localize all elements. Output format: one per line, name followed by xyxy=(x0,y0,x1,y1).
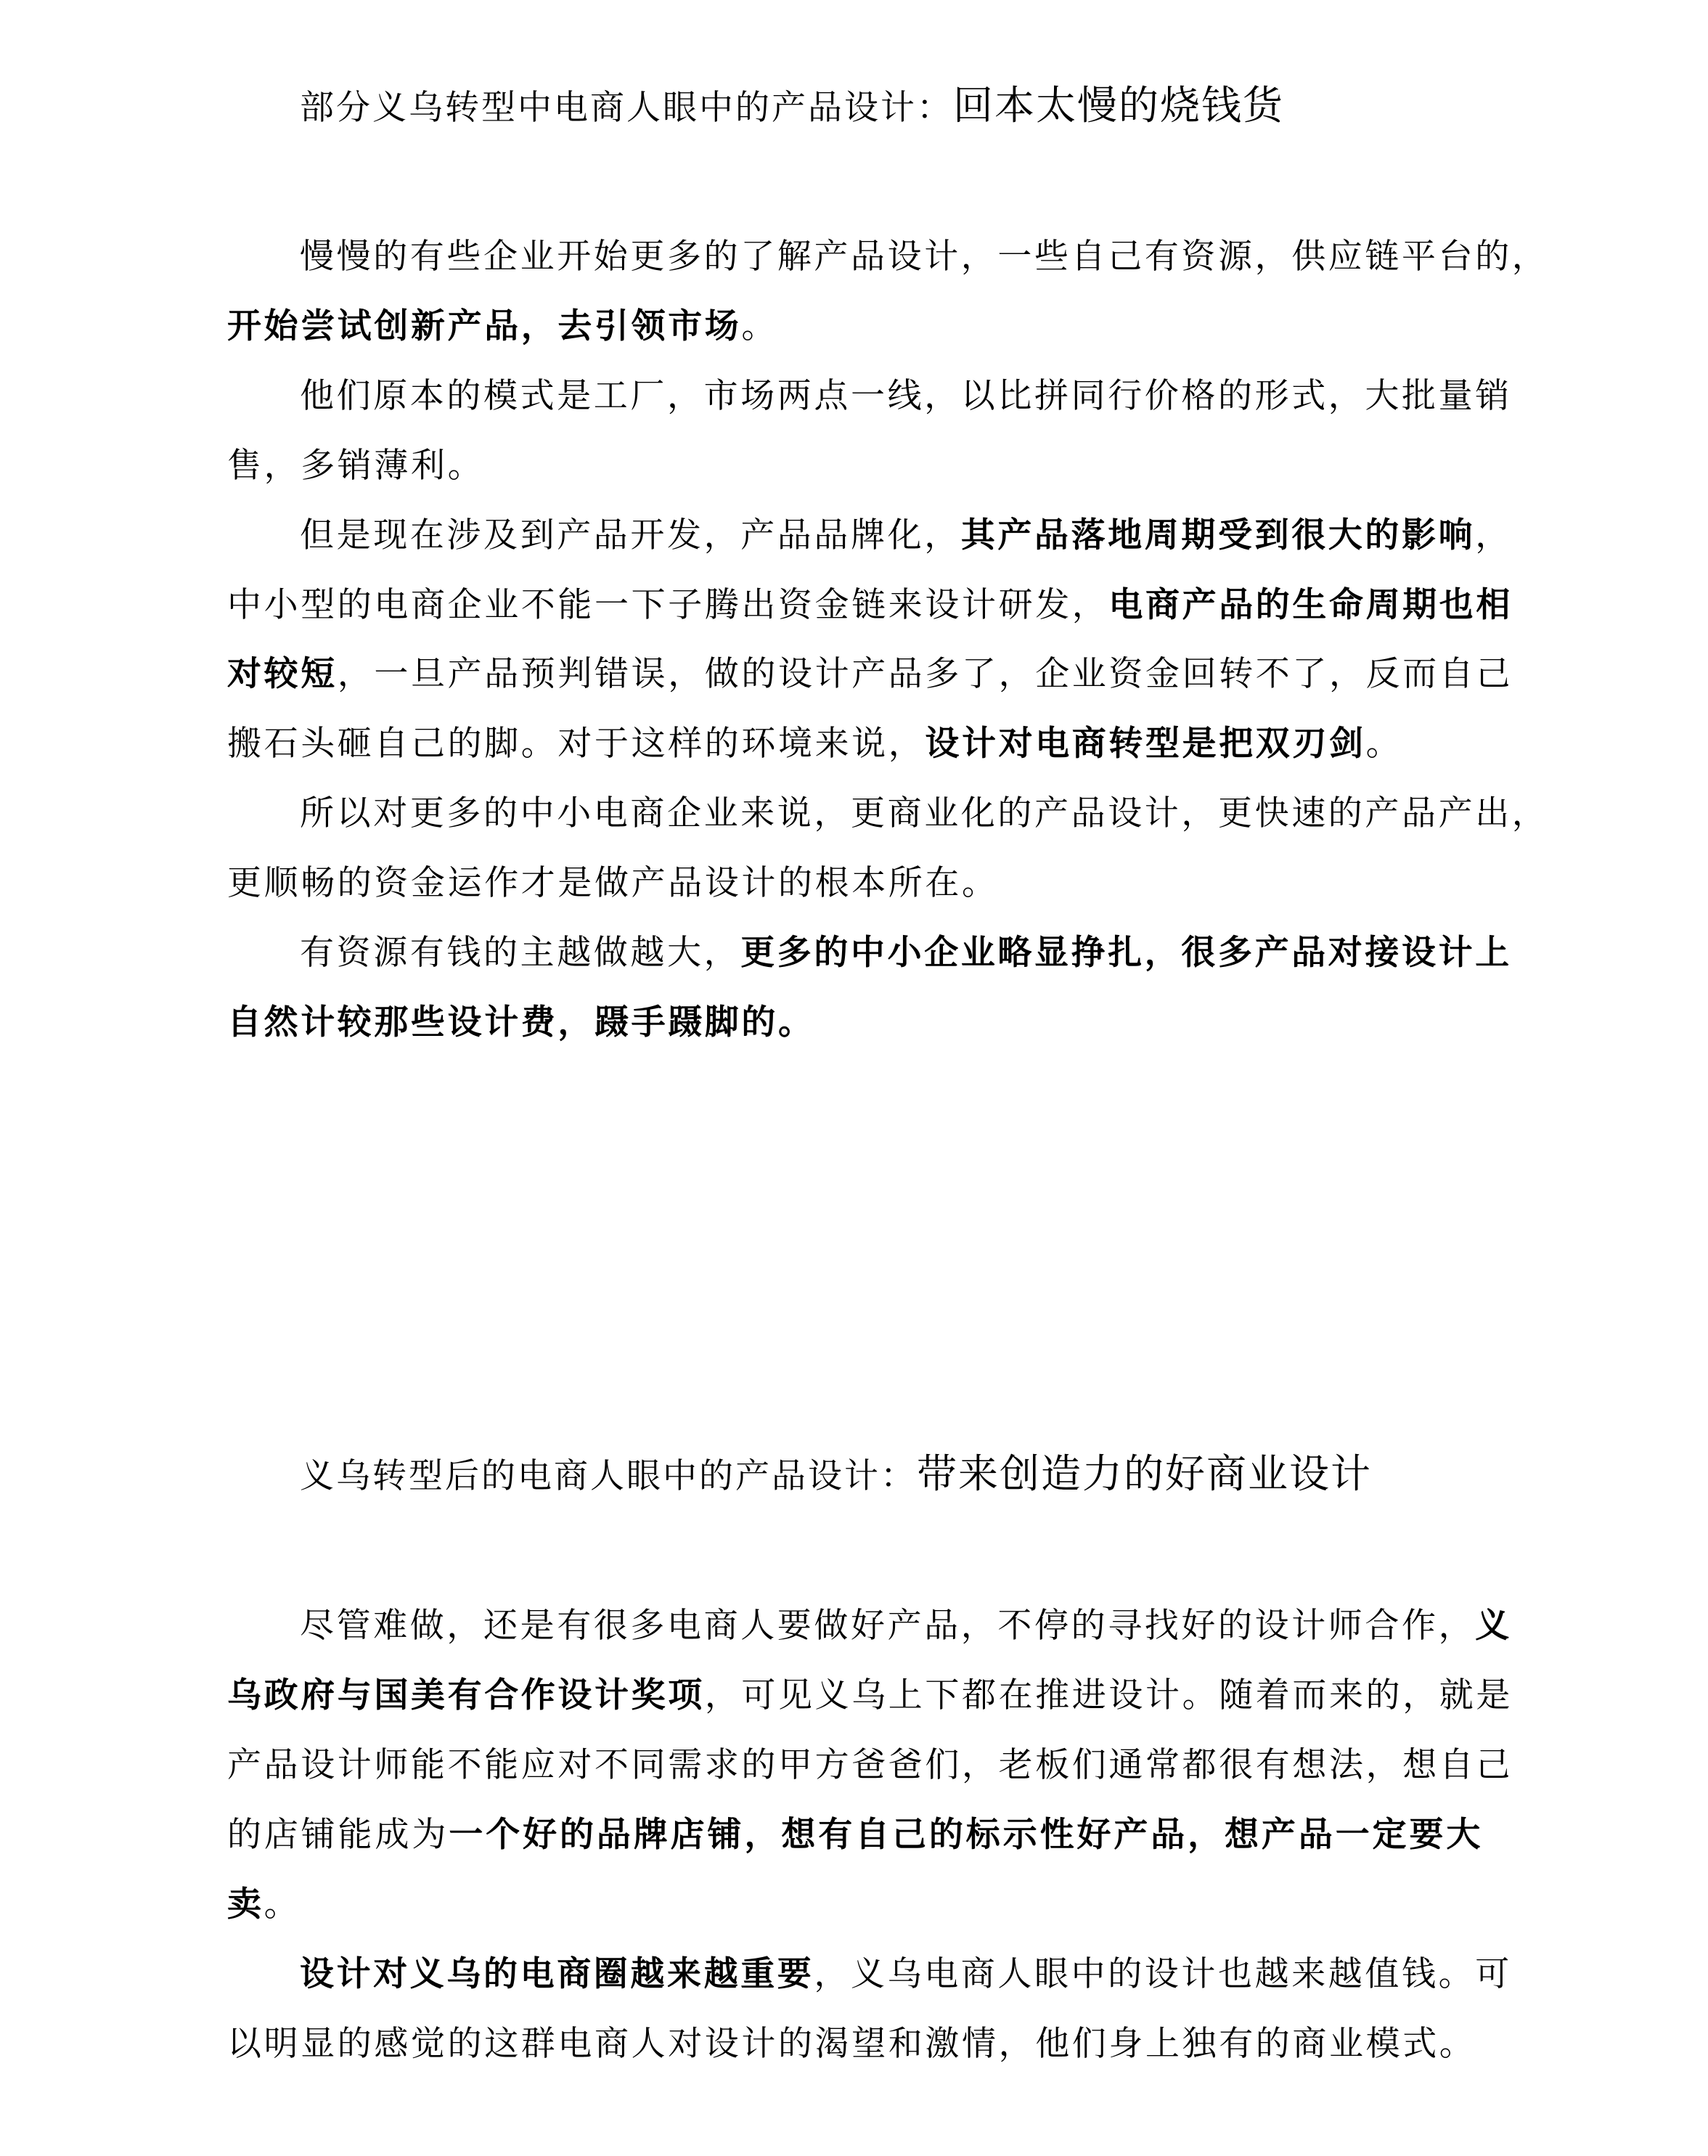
document-page: 部分义乌转型中电商人眼中的产品设计：回本太慢的烧钱货 慢慢的有些企业开始更多的了… xyxy=(0,0,1708,2156)
bold-text: 更多的中小企业略显挣扎，很多产品对接设计上 xyxy=(740,933,1512,973)
text-line: 乌政府与国美有合作设计奖项，可见义乌上下都在推进设计。随着而来的，就是 xyxy=(227,1678,1483,1712)
bold-text: 一个好的品牌店铺，想有自己的标示性好产品，想产品一定要大 xyxy=(449,1815,1483,1855)
bold-text: 其产品落地周期受到很大的影响 xyxy=(961,515,1475,555)
bold-text: 电商产品的生命周期也相 xyxy=(1108,585,1513,625)
bold-text: 乌政府与国美有合作设计奖项 xyxy=(227,1675,705,1715)
body-text: ，一旦产品预判错误，做的设计产品多了，企业资金回转不了，反而自己 xyxy=(338,654,1513,694)
text-line: 自然计较那些设计费，蹑手蹑脚的。 xyxy=(227,1005,1483,1040)
body-text: 慢慢的有些企业开始更多的了解产品设计，一些自己有资源，供应链平台的， xyxy=(300,237,1548,277)
bold-text: 卖 xyxy=(227,1885,264,1924)
body-text: ， xyxy=(1475,515,1512,555)
text-line: 搬石头砸自己的脚。对于这样的环境来说，设计对电商转型是把双刃剑。 xyxy=(227,727,1483,761)
text-line: 所以对更多的中小电商企业来说，更商业化的产品设计，更快速的产品产出， xyxy=(300,796,1483,830)
body-text: 他们原本的模式是工厂，市场两点一线，以比拼同行价格的形式，大批量销 xyxy=(300,376,1512,416)
body-text: 尽管难做，还是有很多电商人要做好产品，不停的寻找好的设计师合作， xyxy=(300,1606,1475,1646)
text-line: 慢慢的有些企业开始更多的了解产品设计，一些自己有资源，供应链平台的， xyxy=(300,240,1483,274)
text-line: 售，多销薄利。 xyxy=(227,449,1483,483)
body-text: ，可见义乌上下都在推进设计。随着而来的，就是 xyxy=(705,1675,1513,1715)
body-text: ，义乌电商人眼中的设计也越来越值钱。可 xyxy=(814,1954,1511,1994)
body-text: 有资源有钱的主越做越大， xyxy=(300,933,740,973)
text-line: 中小型的电商企业不能一下子腾出资金链来设计研发，电商产品的生命周期也相 xyxy=(227,588,1483,622)
text-line: 有资源有钱的主越做越大，更多的中小企业略显挣扎，很多产品对接设计上 xyxy=(300,936,1483,970)
text-line: 对较短，一旦产品预判错误，做的设计产品多了，企业资金回转不了，反而自己 xyxy=(227,657,1483,691)
heading-tail: 带来创造力的好商业设计 xyxy=(917,1450,1372,1497)
bold-text: 义 xyxy=(1475,1606,1512,1646)
body-text: 但是现在涉及到产品开发，产品品牌化， xyxy=(300,515,961,555)
body-text: 。 xyxy=(264,1885,301,1924)
text-line: 尽管难做，还是有很多电商人要做好产品，不停的寻找好的设计师合作，义 xyxy=(300,1609,1483,1643)
heading-lead: 义乌转型后的电商人眼中的产品设计： xyxy=(300,1456,917,1496)
section-heading: 部分义乌转型中电商人眼中的产品设计：回本太慢的烧钱货 xyxy=(300,86,1284,126)
bold-text: 设计对电商转型是把双刃剑 xyxy=(925,724,1365,764)
text-line: 他们原本的模式是工厂，市场两点一线，以比拼同行价格的形式，大批量销 xyxy=(300,379,1483,413)
body-text: 以明显的感觉的这群电商人对设计的渴望和激情，他们身上独有的商业模式。 xyxy=(227,2024,1476,2064)
body-text: 中小型的电商企业不能一下子腾出资金链来设计研发， xyxy=(227,585,1108,625)
text-line: 但是现在涉及到产品开发，产品品牌化，其产品落地周期受到很大的影响， xyxy=(300,518,1483,552)
section-heading: 义乌转型后的电商人眼中的产品设计：带来创造力的好商业设计 xyxy=(300,1454,1372,1494)
text-line: 以明显的感觉的这群电商人对设计的渴望和激情，他们身上独有的商业模式。 xyxy=(227,2027,1483,2061)
text-line: 卖。 xyxy=(227,1887,1483,1922)
body-text: 更顺畅的资金运作才是做产品设计的根本所在。 xyxy=(227,863,999,903)
body-text: 。 xyxy=(1366,724,1403,764)
body-text: 的店铺能成为 xyxy=(227,1815,449,1855)
bold-text: 开始尝试创新产品，去引领市场 xyxy=(227,306,741,346)
bold-text: 对较短 xyxy=(227,654,338,694)
section-separator: ________________________________________… xyxy=(226,1227,1442,1256)
bold-text: 设计对义乌的电商圈越来越重要 xyxy=(300,1954,814,1994)
heading-lead: 部分义乌转型中电商人眼中的产品设计： xyxy=(300,88,953,128)
body-text: 。 xyxy=(741,306,778,346)
text-line: 设计对义乌的电商圈越来越重要，义乌电商人眼中的设计也越来越值钱。可 xyxy=(300,1957,1483,1991)
heading-tail: 回本太慢的烧钱货 xyxy=(953,82,1284,128)
text-line: 开始尝试创新产品，去引领市场。 xyxy=(227,309,1483,343)
bold-text: 自然计较那些设计费，蹑手蹑脚的。 xyxy=(227,1003,815,1042)
text-line: 产品设计师能不能应对不同需求的甲方爸爸们，老板们通常都很有想法，想自己 xyxy=(227,1748,1483,1782)
body-text: 产品设计师能不能应对不同需求的甲方爸爸们，老板们通常都很有想法，想自己 xyxy=(227,1745,1513,1785)
text-line: 更顺畅的资金运作才是做产品设计的根本所在。 xyxy=(227,866,1483,900)
body-text: 搬石头砸自己的脚。对于这样的环境来说， xyxy=(227,724,925,764)
text-line: 的店铺能成为一个好的品牌店铺，想有自己的标示性好产品，想产品一定要大 xyxy=(227,1818,1483,1852)
body-text: 售，多销薄利。 xyxy=(227,446,484,486)
body-text: 所以对更多的中小电商企业来说，更商业化的产品设计，更快速的产品产出， xyxy=(300,793,1548,833)
